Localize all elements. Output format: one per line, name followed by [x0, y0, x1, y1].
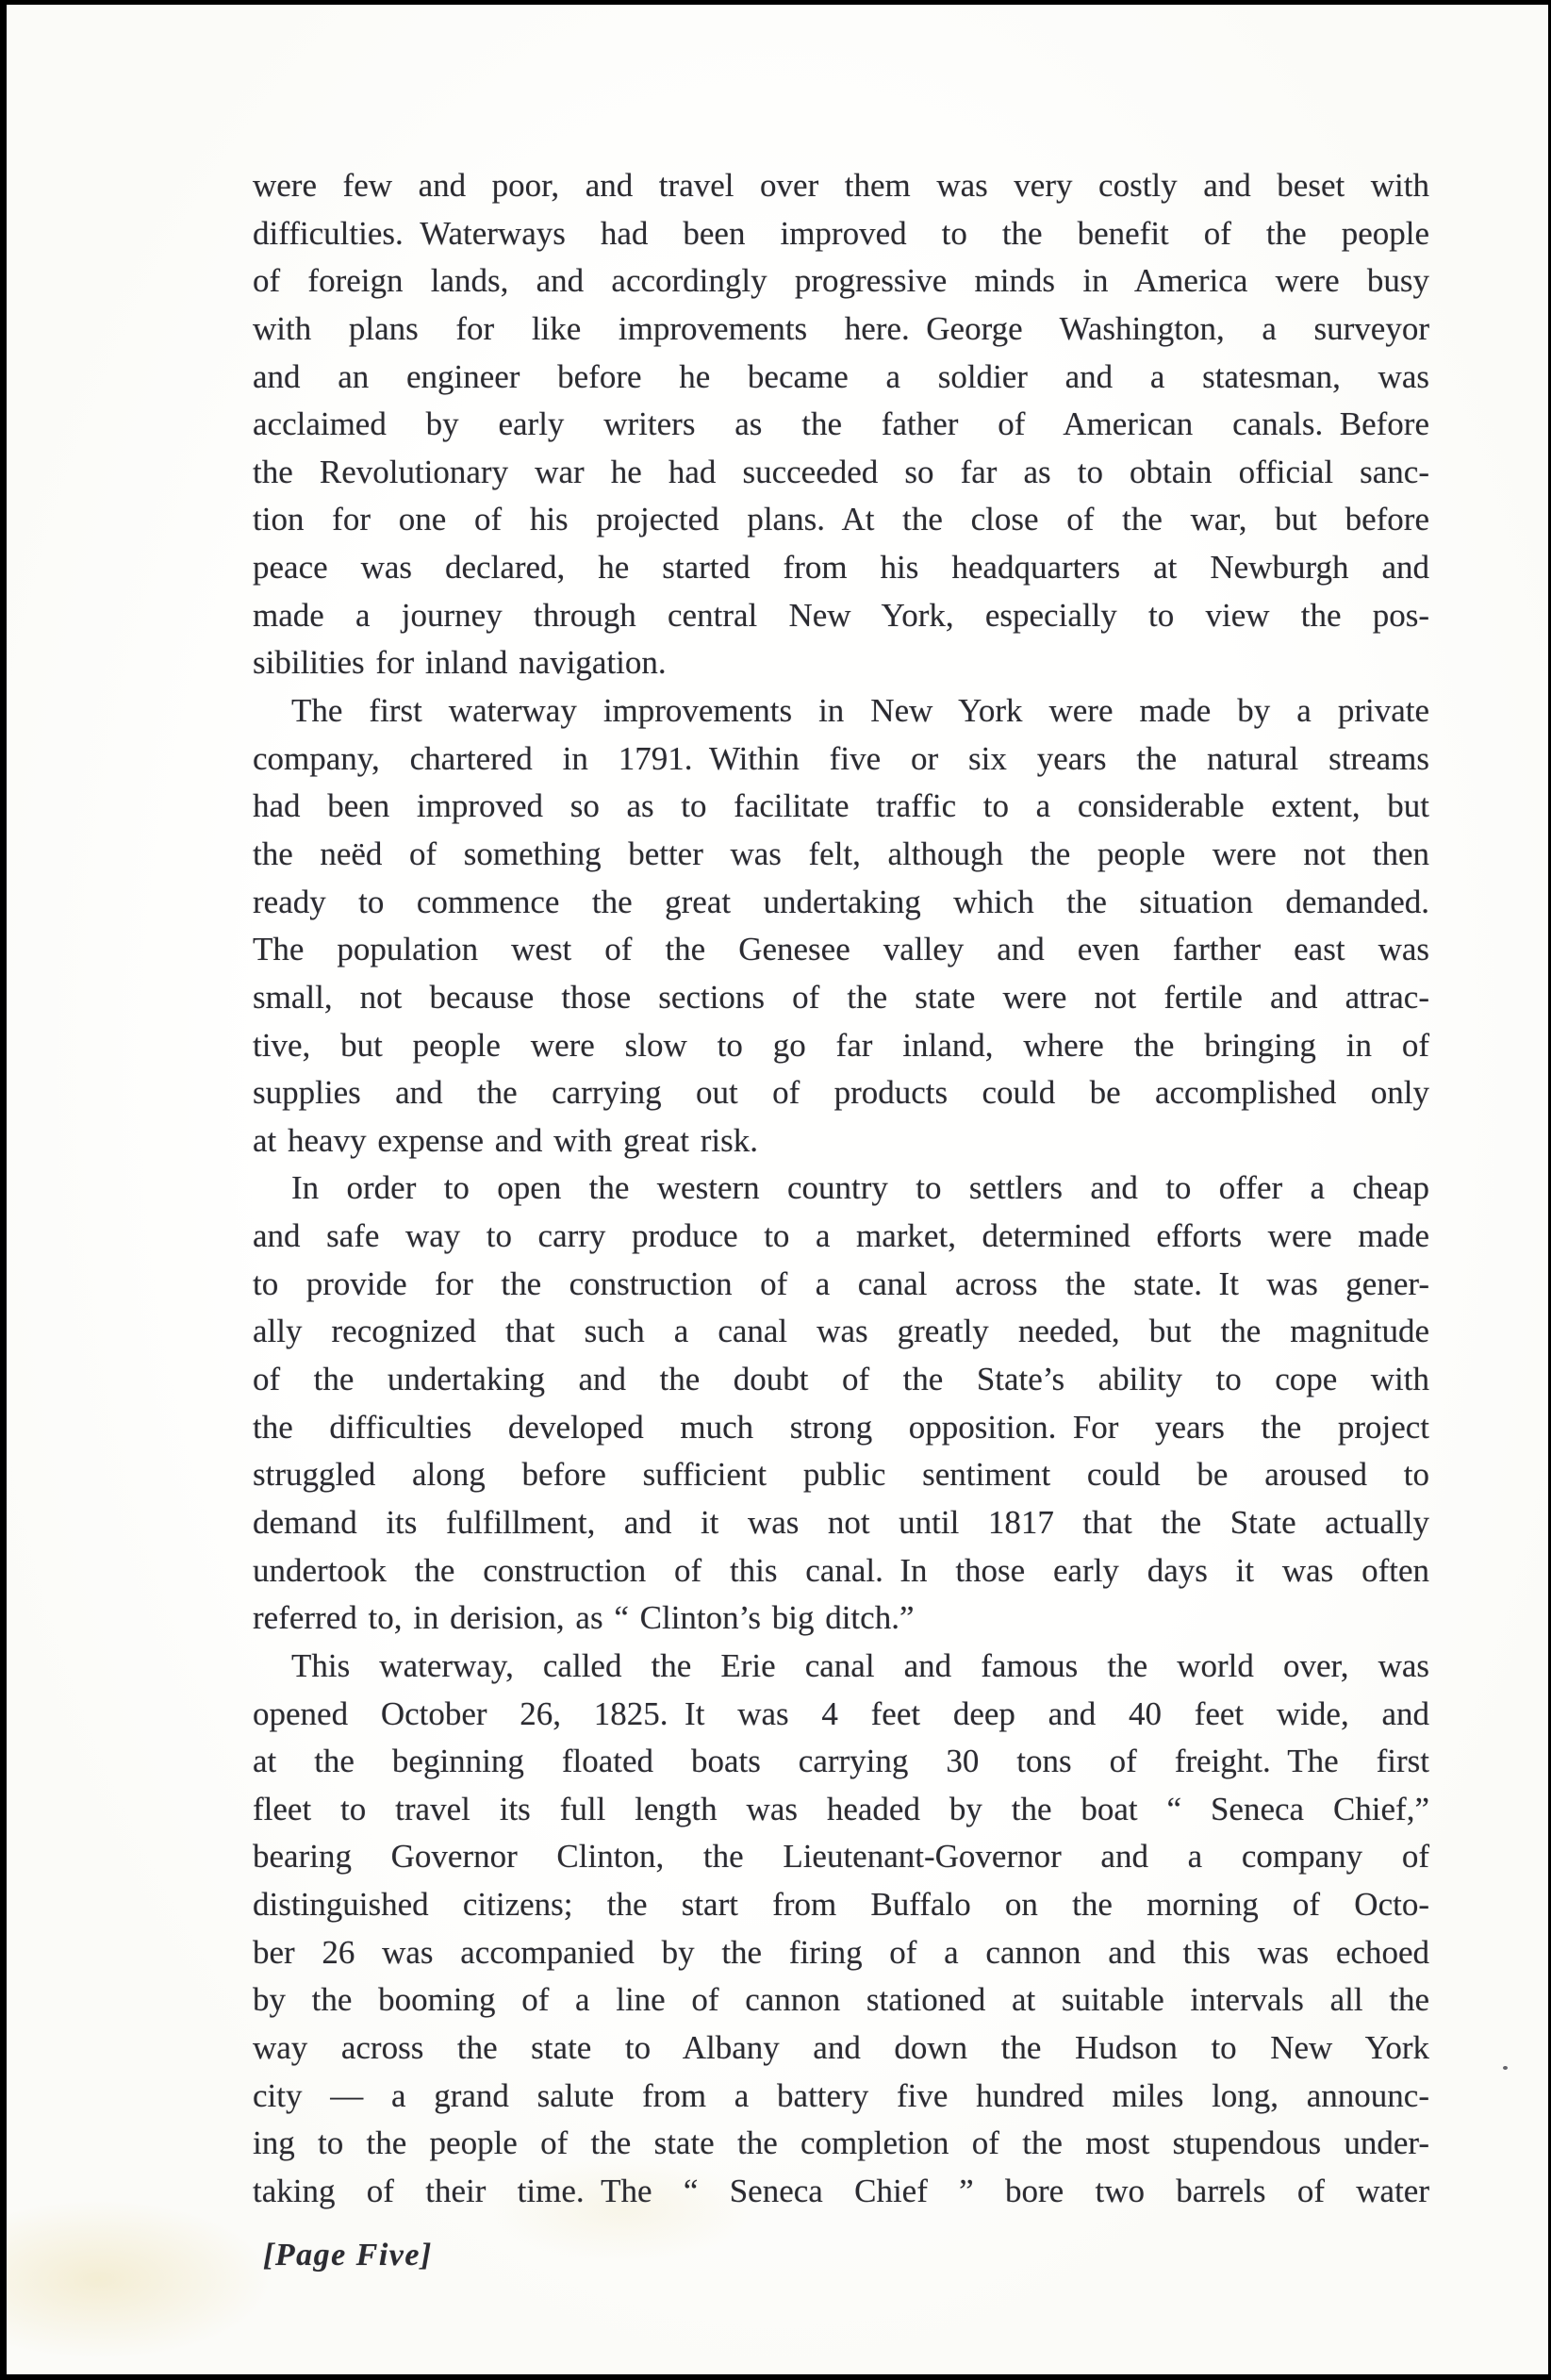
text-line: at the beginning floated boats carrying … — [253, 1738, 1429, 1786]
text-line: demand its fulfillment, and it was not u… — [253, 1499, 1429, 1547]
page-number-label: [Page Five] — [263, 2238, 433, 2273]
paper-surface: were few and poor, and travel over them … — [7, 5, 1548, 2374]
text-line: company, chartered in 1791. Within five … — [253, 735, 1429, 784]
text-line: In order to open the western country to … — [253, 1165, 1429, 1213]
text-line: referred to, in derision, as “ Clinton’s… — [253, 1595, 1429, 1643]
text-line: distinguished citizens; the start from B… — [253, 1881, 1429, 1929]
text-line: opened October 26, 1825. It was 4 feet d… — [253, 1691, 1429, 1739]
text-line: of foreign lands, and accordingly progre… — [253, 257, 1429, 306]
text-line: acclaimed by early writers as the father… — [253, 401, 1429, 449]
text-line: ready to commence the great undertaking … — [253, 879, 1429, 927]
text-line: supplies and the carrying out of product… — [253, 1069, 1429, 1117]
body-text-block: were few and poor, and travel over them … — [253, 162, 1429, 2216]
text-line: the Revolutionary war he had succeeded s… — [253, 449, 1429, 497]
text-line: way across the state to Albany and down … — [253, 2025, 1429, 2073]
text-line: The population west of the Genesee valle… — [253, 926, 1429, 974]
text-line: ally recognized that such a canal was gr… — [253, 1308, 1429, 1356]
text-line: the neëd of something better was felt, a… — [253, 831, 1429, 879]
text-line: struggled along before sufficient public… — [253, 1451, 1429, 1499]
text-line: ber 26 was accompanied by the firing of … — [253, 1929, 1429, 1977]
text-line: tive, but people were slow to go far inl… — [253, 1022, 1429, 1070]
text-line: taking of their time. The “ Seneca Chief… — [253, 2168, 1429, 2216]
text-line: This waterway, called the Erie canal and… — [253, 1643, 1429, 1691]
text-line: to provide for the construction of a can… — [253, 1261, 1429, 1309]
text-line: sibilities for inland navigation. — [253, 639, 1429, 687]
text-line: fleet to travel its full length was head… — [253, 1786, 1429, 1834]
text-line: with plans for like improvements here. G… — [253, 306, 1429, 354]
text-line: made a journey through central New York,… — [253, 592, 1429, 640]
text-line: peace was declared, he started from his … — [253, 544, 1429, 592]
text-line: small, not because those sections of the… — [253, 974, 1429, 1022]
text-line: tion for one of his projected plans. At … — [253, 496, 1429, 544]
text-line: city — a grand salute from a battery fiv… — [253, 2073, 1429, 2121]
text-line: The first waterway improvements in New Y… — [253, 687, 1429, 735]
text-line: the difficulties developed much strong o… — [253, 1404, 1429, 1452]
text-line: and safe way to carry produce to a marke… — [253, 1213, 1429, 1261]
text-line: ing to the people of the state the compl… — [253, 2120, 1429, 2168]
text-line: bearing Governor Clinton, the Lieutenant… — [253, 1833, 1429, 1881]
text-line: had been improved so as to facilitate tr… — [253, 783, 1429, 831]
ink-speck — [1503, 2066, 1508, 2070]
text-line: were few and poor, and travel over them … — [253, 162, 1429, 210]
text-line: and an engineer before he became a soldi… — [253, 354, 1429, 402]
text-line: of the undertaking and the doubt of the … — [253, 1356, 1429, 1404]
text-line: by the booming of a line of cannon stati… — [253, 1976, 1429, 2025]
text-line: at heavy expense and with great risk. — [253, 1117, 1429, 1165]
scanned-book-page: were few and poor, and travel over them … — [0, 0, 1551, 2380]
text-line: difficulties. Waterways had been improve… — [253, 210, 1429, 258]
text-line: undertook the construction of this canal… — [253, 1547, 1429, 1595]
